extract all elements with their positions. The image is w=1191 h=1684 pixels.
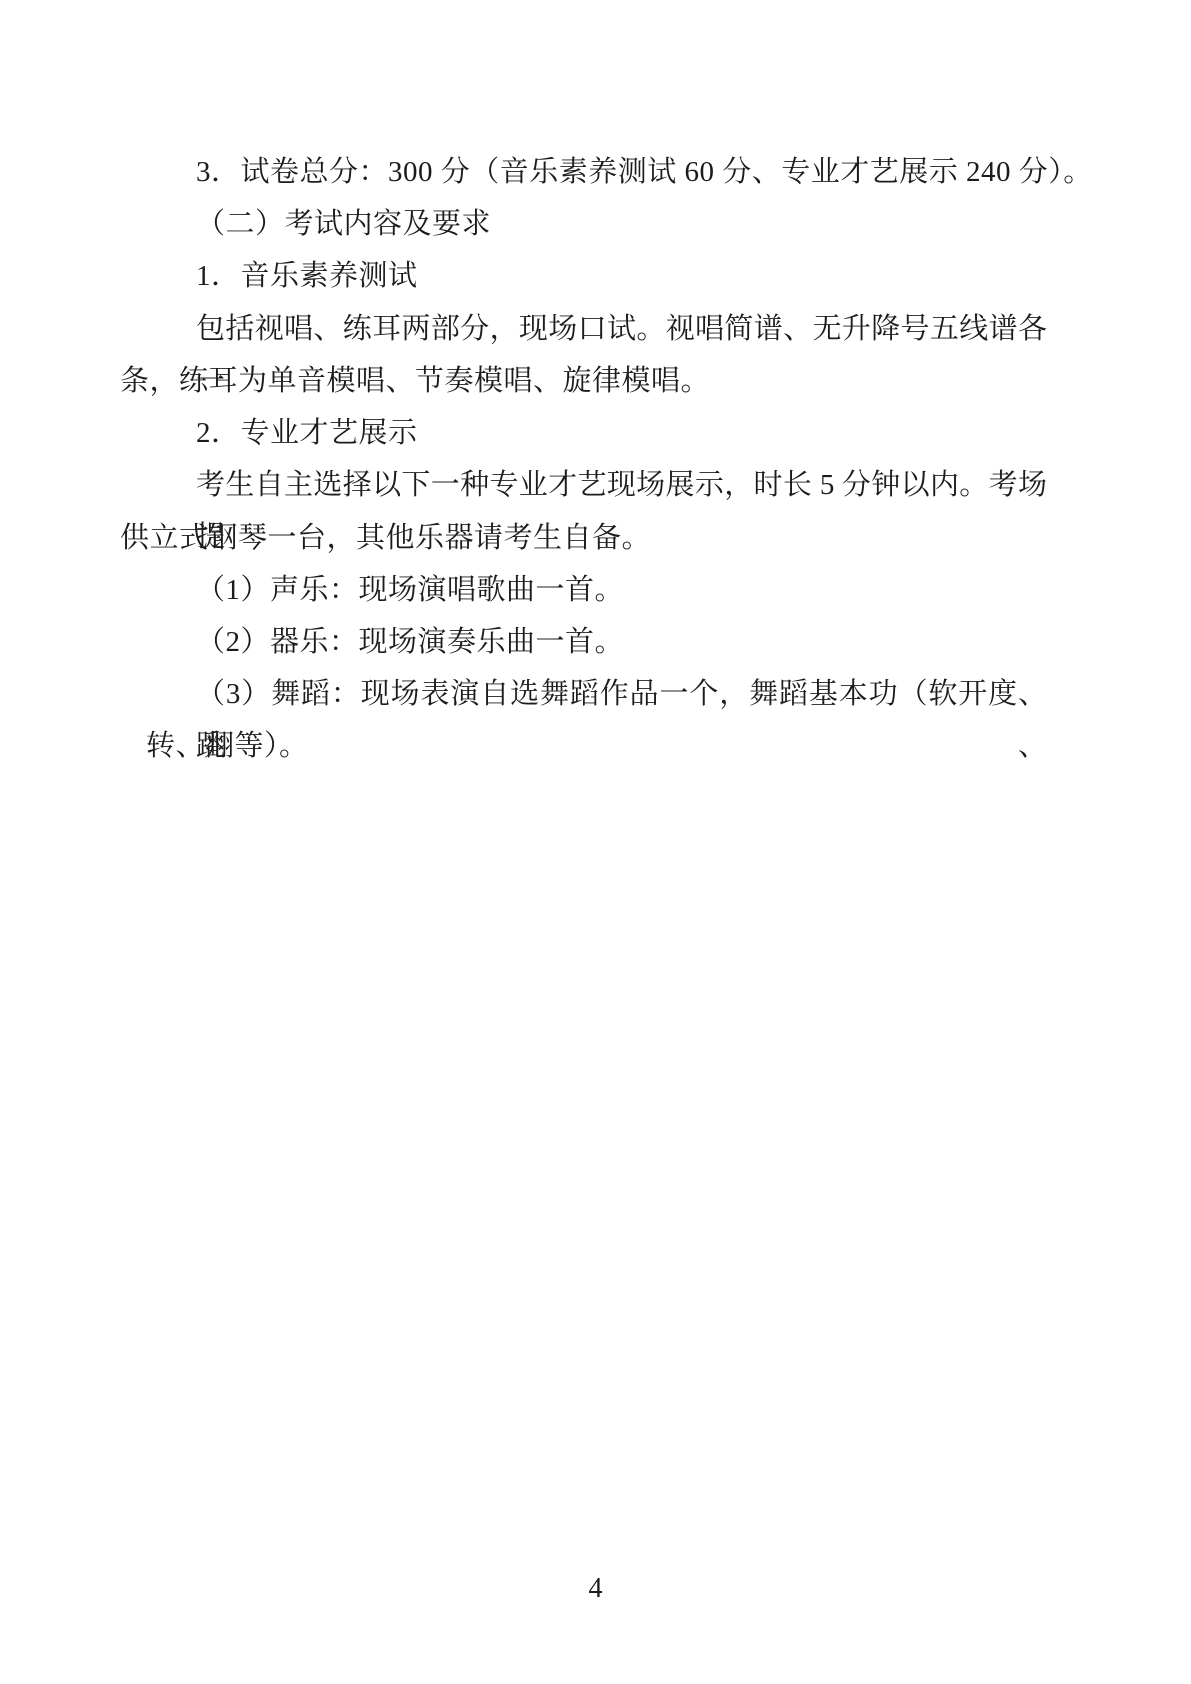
line-total-score: 3．试卷总分：300 分（音乐素养测试 60 分、专业才艺展示 240 分）。 bbox=[196, 146, 1093, 198]
line-option-dance-1: （3）舞蹈：现场表演自选舞蹈作品一个，舞蹈基本功（软开度、跳、 bbox=[196, 668, 1047, 720]
line-literacy-detail-1: 包括视唱、练耳两部分，现场口试。视唱简谱、无升降号五线谱各一 bbox=[196, 303, 1047, 355]
line-talent-detail-1: 考生自主选择以下一种专业才艺现场展示，时长 5 分钟以内。考场提 bbox=[196, 459, 1047, 511]
line-option-vocal: （1）声乐：现场演唱歌曲一首。 bbox=[196, 564, 624, 616]
document-page: 3．试卷总分：300 分（音乐素养测试 60 分、专业才艺展示 240 分）。 … bbox=[0, 0, 1191, 1684]
line-literacy-detail-2: 条，练耳为单音模唱、节奏模唱、旋律模唱。 bbox=[120, 355, 710, 407]
line-option-dance-2: 转、翻等）。 bbox=[146, 720, 309, 772]
heading-talent-show: 2．专业才艺展示 bbox=[196, 407, 418, 459]
line-talent-detail-2: 供立式钢琴一台，其他乐器请考生自备。 bbox=[120, 512, 651, 564]
line-option-instrumental: （2）器乐：现场演奏乐曲一首。 bbox=[196, 616, 624, 668]
page-number: 4 bbox=[0, 1566, 1191, 1612]
heading-music-literacy: 1．音乐素养测试 bbox=[196, 250, 418, 302]
heading-exam-content: （二）考试内容及要求 bbox=[196, 198, 491, 250]
